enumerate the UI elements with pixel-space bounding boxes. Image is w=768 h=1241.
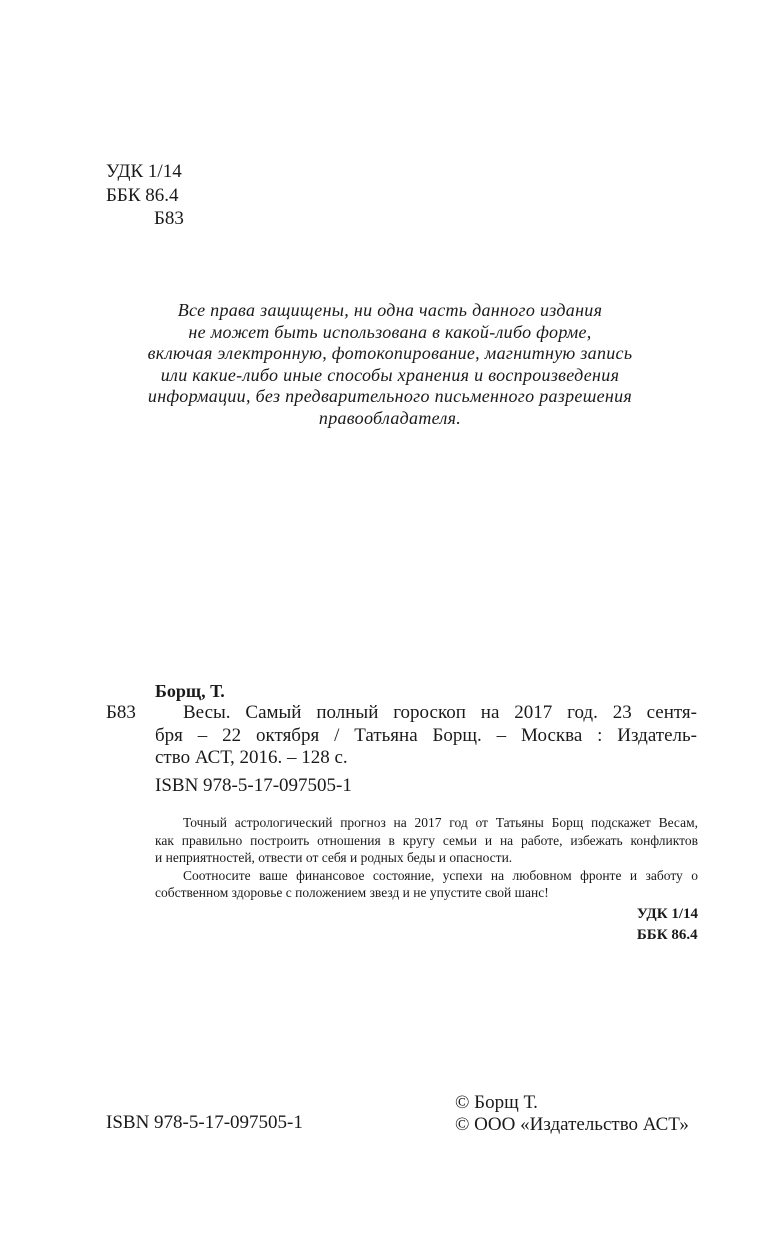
copyright-publisher: © ООО «Издательство АСТ»	[455, 1114, 689, 1136]
rights-notice: Все права защищены, ни одна часть данног…	[100, 300, 680, 429]
annotation-line: и неприятностей, отвести от себя и родны…	[155, 849, 698, 867]
rights-line: не может быть использована в какой-либо …	[100, 322, 680, 344]
annotation-line: Соотносите ваше финансовое состояние, ус…	[155, 867, 698, 885]
record-isbn: ISBN 978-5-17-097505-1	[155, 775, 352, 797]
footer-isbn: ISBN 978-5-17-097505-1	[106, 1112, 303, 1134]
annotation: Точный астрологический прогноз на 2017 г…	[155, 814, 698, 902]
udk-code-bold: УДК 1/14	[637, 904, 698, 925]
rights-line: включая электронную, фотокопирование, ма…	[100, 343, 680, 365]
annotation-line: Точный астрологический прогноз на 2017 г…	[155, 814, 698, 832]
annotation-line: как правильно построить отношения в круг…	[155, 832, 698, 850]
copyright-block: © Борщ Т. © ООО «Издательство АСТ»	[455, 1092, 689, 1136]
description-line: ство АСТ, 2016. – 128 с.	[155, 747, 697, 770]
bbk-code-bold: ББК 86.4	[637, 925, 698, 946]
record-author: Борщ, Т.	[155, 680, 225, 702]
description-line: бря – 22 октября / Татьяна Борщ. – Москв…	[155, 725, 697, 748]
description-line: Весы. Самый полный гороскоп на 2017 год.…	[155, 702, 697, 725]
bbk-code: ББК 86.4	[106, 184, 184, 208]
record-description: Весы. Самый полный гороскоп на 2017 год.…	[155, 702, 697, 770]
rights-line: информации, без предварительного письмен…	[100, 386, 680, 408]
classification-bottom: УДК 1/14 ББК 86.4	[637, 904, 698, 946]
udk-code: УДК 1/14	[106, 160, 184, 184]
annotation-line: собственном здоровье с положением звезд …	[155, 884, 698, 902]
rights-line: Все права защищены, ни одна часть данног…	[100, 300, 680, 322]
author-sign: Б83	[106, 207, 184, 231]
copyright-author: © Борщ Т.	[455, 1092, 689, 1114]
classification-top: УДК 1/14 ББК 86.4 Б83	[106, 160, 184, 231]
rights-line: правообладателя.	[100, 408, 680, 430]
record-author-sign: Б83	[106, 702, 136, 724]
rights-line: или какие-либо иные способы хранения и в…	[100, 365, 680, 387]
